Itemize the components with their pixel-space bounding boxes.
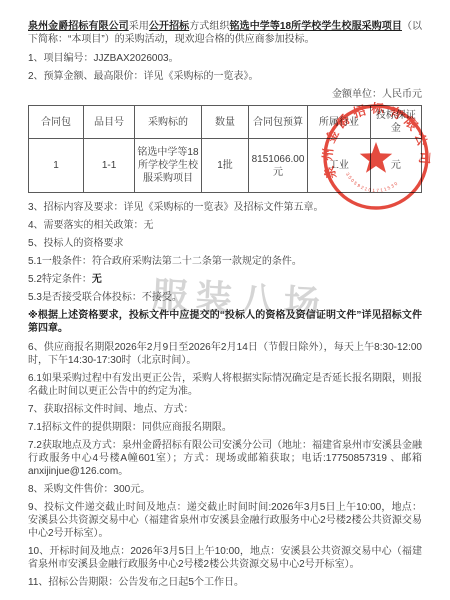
intro-text-2: 方式组织 xyxy=(189,21,229,32)
cell-budget: 8151066.00元 xyxy=(249,139,308,193)
section-7: 7、获取招标文件时间、地点、方式： xyxy=(28,403,422,416)
project-number-line: 1、项目编号：JJZBAX2026003。 xyxy=(28,52,422,65)
agency-name: 泉州金爵招标有限公司 xyxy=(28,21,129,32)
section-5-2-label: 5.2特定条件： xyxy=(28,274,92,285)
section-6: 6、供应商报名期限2026年2月9日至2026年2月14日（节假日除外），每天上… xyxy=(28,341,422,367)
seal-serial-number: 350592101711530 xyxy=(345,172,400,193)
section-6-1: 6.1如果采购过程中有发出更正公告，采购人将根据实际情况确定是否延长报名期限，则… xyxy=(28,372,422,398)
section-5-2-value: 无 xyxy=(92,274,102,285)
cell-item-number: 1-1 xyxy=(84,139,135,193)
amount-unit-note: 金额单位：人民币元 xyxy=(28,88,422,101)
header-quantity: 数量 xyxy=(201,106,248,139)
section-10: 10、开标时间及地点：2026年3月5日上午10:00，地点：安溪县公共资源交易… xyxy=(28,545,422,571)
header-budget: 合同包预算 xyxy=(249,106,308,139)
section-8: 8、采购文件售价：300元。 xyxy=(28,483,422,496)
section-5-3: 5.3是否接受联合体投标：不接受。 xyxy=(28,291,422,304)
section-9: 9、投标文件递交截止时间及地点：递交截止时间时间:2026年3月5日上午10:0… xyxy=(28,501,422,540)
budget-line: 2、预算金额、最高限价：详见《采购标的一览表》。 xyxy=(28,70,422,83)
company-seal: 泉州金爵招标有限公司 350592101711530 xyxy=(321,102,431,212)
section-7-2: 7.2获取地点及方式：泉州金爵招标有限公司安溪分公司（地址：福建省泉州市安溪县金… xyxy=(28,439,422,478)
section-7-1: 7.1招标文件的提供期限：同供应商报名期限。 xyxy=(28,421,422,434)
intro-text-1: 采用 xyxy=(129,21,149,32)
section-11: 11、招标公告期限：公告发布之日起5个工作日。 xyxy=(28,576,422,589)
cell-contract-package: 1 xyxy=(29,139,84,193)
section-5-2: 5.2特定条件：无 xyxy=(28,273,422,286)
cell-quantity: 1批 xyxy=(201,139,248,193)
cell-procurement-subject: 铭选中学等18所学校学生校服采购项目 xyxy=(135,139,202,193)
project-name: 铭选中学等18所学校学生校服采购项目 xyxy=(230,21,402,32)
section-5-1: 5.1一般条件：符合政府采购法第二十二条第一款规定的条件。 xyxy=(28,255,422,268)
tender-announcement-document: 泉州金爵招标有限公司采用公开招标方式组织铭选中学等18所学校学生校服采购项目（以… xyxy=(0,0,450,600)
tender-method: 公开招标 xyxy=(149,21,189,32)
svg-text:泉州金爵招标有限公司: 泉州金爵招标有限公司 xyxy=(321,102,431,181)
header-item-number: 品目号 xyxy=(84,106,135,139)
section-4: 4、需要落实的相关政策：无 xyxy=(28,219,422,232)
svg-text:350592101711530: 350592101711530 xyxy=(345,172,400,193)
header-procurement-subject: 采购标的 xyxy=(135,106,202,139)
intro-paragraph: 泉州金爵招标有限公司采用公开招标方式组织铭选中学等18所学校学生校服采购项目（以… xyxy=(28,20,422,46)
seal-star-icon xyxy=(360,142,392,173)
seal-company-name: 泉州金爵招标有限公司 xyxy=(321,102,431,181)
header-contract-package: 合同包 xyxy=(29,106,84,139)
qualification-note: ※根据上述资格要求，投标文件中应提交的“投标人的资格及资信证明文件”详见招标文件… xyxy=(28,309,422,335)
section-5: 5、投标人的资格要求 xyxy=(28,237,422,250)
